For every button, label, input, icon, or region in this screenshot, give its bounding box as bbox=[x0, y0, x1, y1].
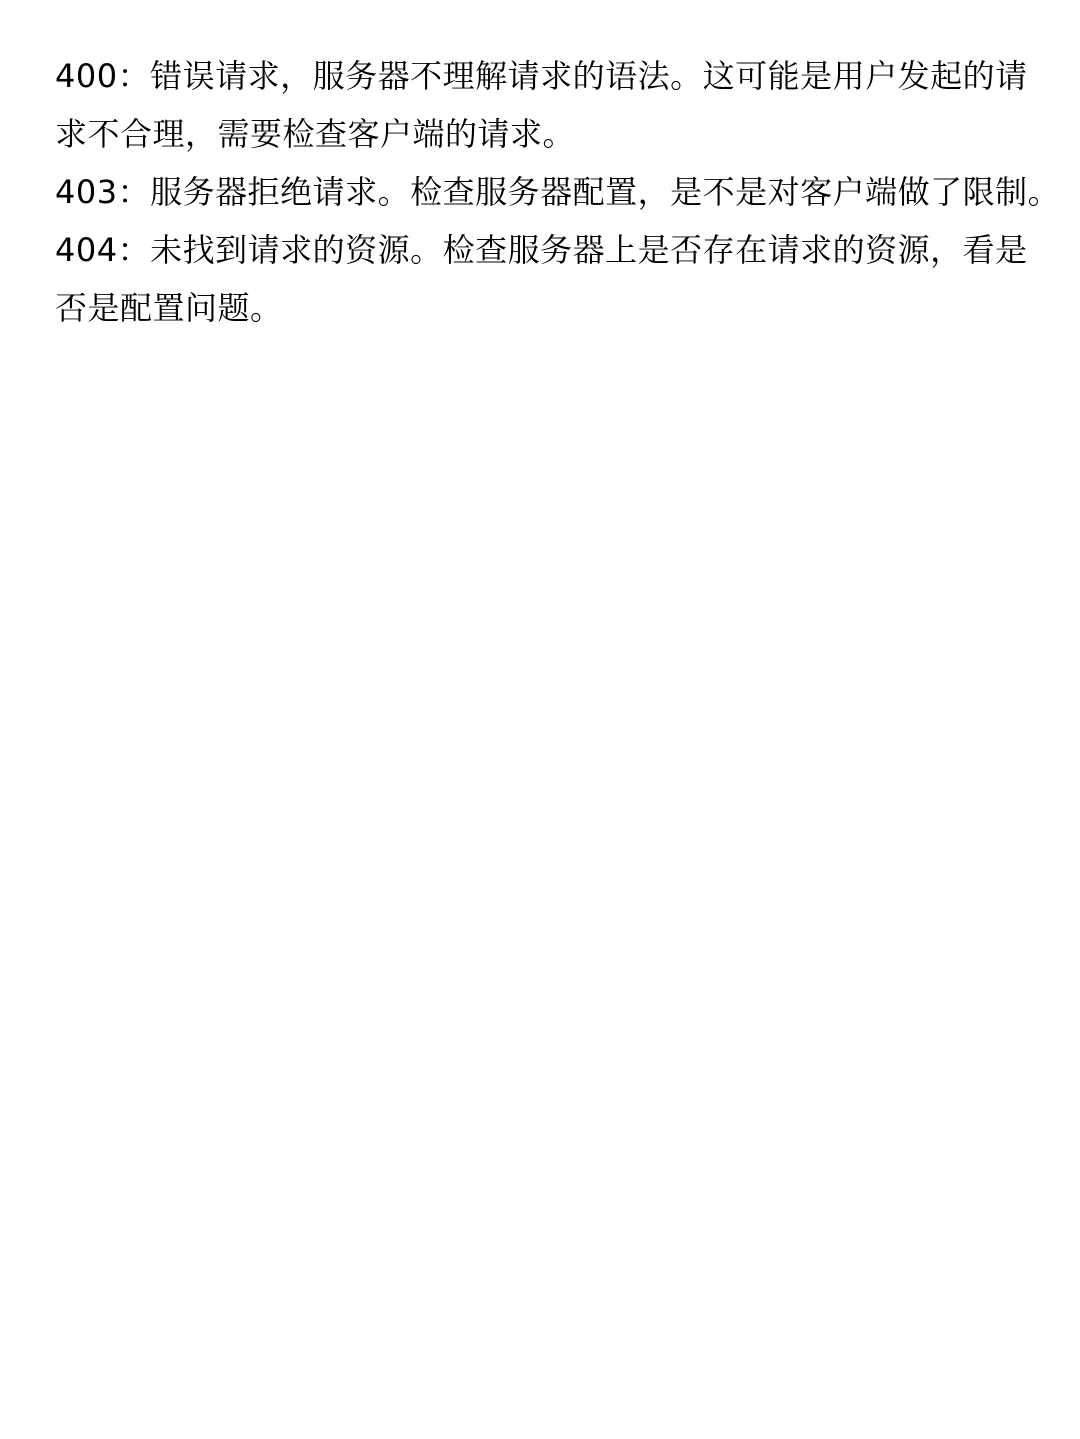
text-line-404-part2: 否是配置问题。 bbox=[55, 279, 1060, 337]
text-line-400-part2: 求不合理，需要检查客户端的请求。 bbox=[55, 105, 1060, 163]
document-page: 400：错误请求，服务器不理解请求的语法。这可能是用户发起的请 求不合理，需要检… bbox=[0, 0, 1080, 1439]
text-line-404-part1: 404：未找到请求的资源。检查服务器上是否存在请求的资源，看是 bbox=[55, 221, 1060, 279]
document-body: 400：错误请求，服务器不理解请求的语法。这可能是用户发起的请 求不合理，需要检… bbox=[55, 47, 1060, 337]
text-line-403: 403：服务器拒绝请求。检查服务器配置，是不是对客户端做了限制。 bbox=[55, 163, 1060, 221]
text-line-400-part1: 400：错误请求，服务器不理解请求的语法。这可能是用户发起的请 bbox=[55, 47, 1060, 105]
